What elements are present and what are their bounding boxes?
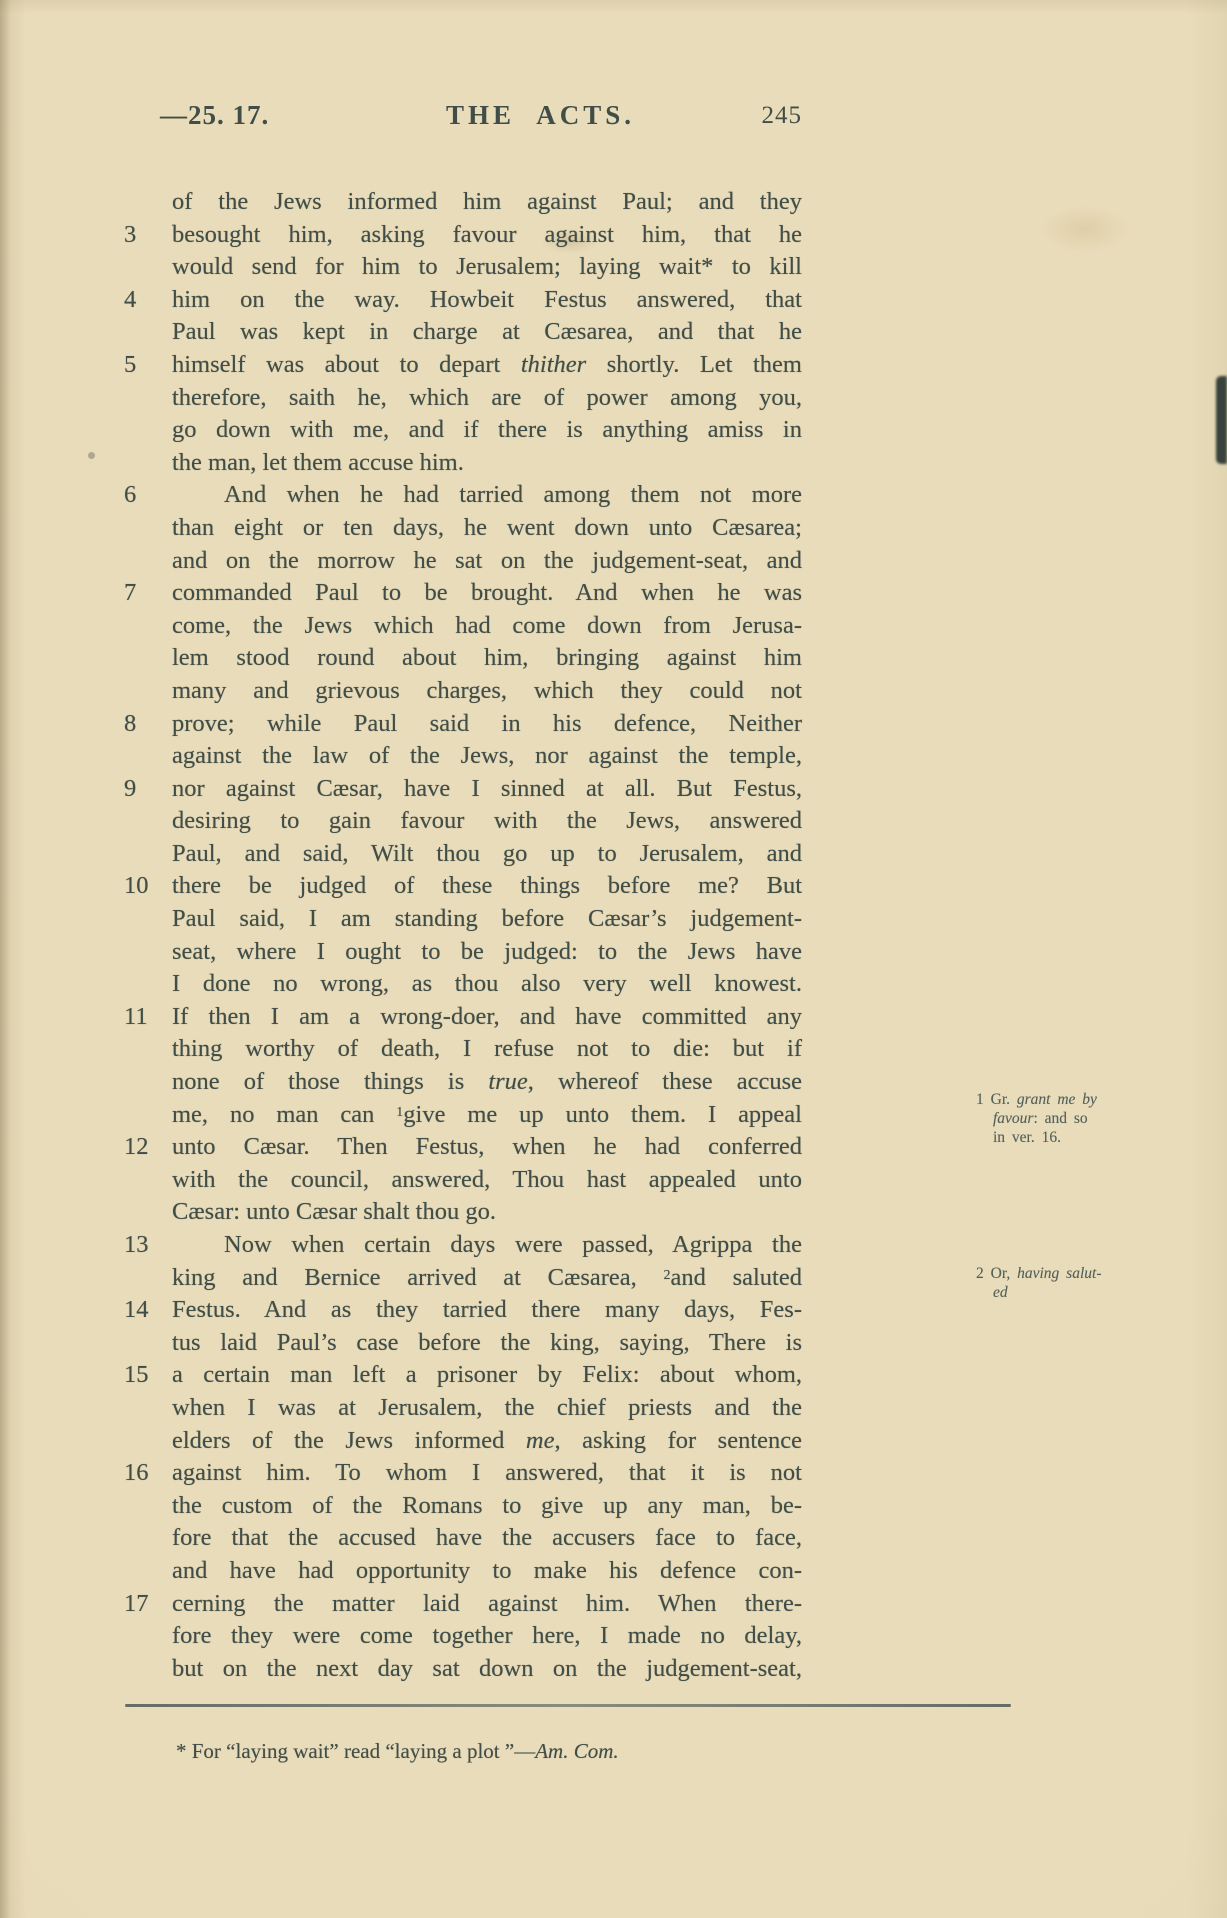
text-line: when I was at Jerusalem, the chief pries… — [124, 1392, 802, 1425]
text-line: 16against him. To whom I answered, that … — [124, 1457, 802, 1490]
text-line: 17cerning the matter laid against him. W… — [124, 1588, 802, 1621]
verse-number — [124, 1099, 172, 1132]
text-line: 5himself was about to depart thither sho… — [124, 349, 802, 382]
text-line: 6And when he had tarried among them not … — [124, 479, 802, 512]
line-text: the man, let them accuse him. — [172, 447, 802, 480]
line-text: Paul, and said, Wilt thou go up to Jerus… — [172, 838, 802, 871]
verse-number — [124, 512, 172, 545]
line-text: himself was about to depart thither shor… — [172, 349, 802, 382]
verse-number — [124, 251, 172, 284]
verse-number: 17 — [124, 1588, 172, 1621]
verse-number — [124, 838, 172, 871]
verse-number — [124, 903, 172, 936]
text-line: Paul, and said, Wilt thou go up to Jerus… — [124, 838, 802, 871]
line-text: Now when certain days were passed, Agrip… — [172, 1229, 802, 1262]
line-text: him on the way. Howbeit Festus answered,… — [172, 284, 802, 317]
verse-number — [124, 740, 172, 773]
line-text: If then I am a wrong-doer, and have comm… — [172, 1001, 802, 1034]
verse-number: 6 — [124, 479, 172, 512]
verse-number — [124, 1033, 172, 1066]
line-text: many and grievous charges, which they co… — [172, 675, 802, 708]
text-line: 7commanded Paul to be brought. And when … — [124, 577, 802, 610]
verse-number — [124, 382, 172, 415]
line-text: there be judged of these things before m… — [172, 870, 802, 903]
verse-number — [124, 1392, 172, 1425]
verse-number — [124, 1164, 172, 1197]
line-text: would send for him to Jerusalem; laying … — [172, 251, 802, 284]
line-text: I done no wrong, as thou also very well … — [172, 968, 802, 1001]
verse-number — [124, 545, 172, 578]
line-text: a certain man left a prisoner by Felix: … — [172, 1359, 802, 1392]
line-text: against the law of the Jews, nor against… — [172, 740, 802, 773]
text-line: 4him on the way. Howbeit Festus answered… — [124, 284, 802, 317]
verse-number — [124, 968, 172, 1001]
line-text: therefore, saith he, which are of power … — [172, 382, 802, 415]
line-text: thing worthy of death, I refuse not to d… — [172, 1033, 802, 1066]
line-text: of the Jews informed him against Paul; a… — [172, 186, 802, 219]
line-text: unto Cæsar. Then Festus, when he had con… — [172, 1131, 802, 1164]
text-line: Cæsar: unto Cæsar shalt thou go. — [124, 1196, 802, 1229]
line-text: Festus. And as they tarried there many d… — [172, 1294, 802, 1327]
line-text: than eight or ten days, he went down unt… — [172, 512, 802, 545]
text-line: desiring to gain favour with the Jews, a… — [124, 805, 802, 838]
line-text: fore they were come together here, I mad… — [172, 1620, 802, 1653]
text-line: Paul was kept in charge at Cæsarea, and … — [124, 316, 802, 349]
verse-number — [124, 447, 172, 480]
page-gutter-shadow — [0, 0, 10, 1918]
line-text: elders of the Jews informed me, asking f… — [172, 1425, 802, 1458]
verse-number — [124, 1425, 172, 1458]
verse-number: 12 — [124, 1131, 172, 1164]
line-text: prove; while Paul said in his defence, N… — [172, 708, 802, 741]
text-line: but on the next day sat down on the judg… — [124, 1653, 802, 1686]
header-verse-ref: —25. 17. — [160, 100, 269, 131]
body-text: of the Jews informed him against Paul; a… — [124, 186, 802, 1685]
line-text: me, no man can 1give me up unto them. I … — [172, 1099, 802, 1132]
text-line: of the Jews informed him against Paul; a… — [124, 186, 802, 219]
verse-number: 9 — [124, 773, 172, 806]
verse-number — [124, 642, 172, 675]
text-line: I done no wrong, as thou also very well … — [124, 968, 802, 1001]
text-line: lem stood round about him, bringing agai… — [124, 642, 802, 675]
text-line: against the law of the Jews, nor against… — [124, 740, 802, 773]
verse-number — [124, 610, 172, 643]
text-line: the man, let them accuse him. — [124, 447, 802, 480]
verse-number — [124, 1066, 172, 1099]
line-text: none of those things is true, whereof th… — [172, 1066, 802, 1099]
text-line: go down with me, and if there is anythin… — [124, 414, 802, 447]
verse-number — [124, 805, 172, 838]
margin-note: 1 Gr. grant me byfavour: and soin ver. 1… — [976, 1090, 1166, 1147]
text-line: seat, where I ought to be judged: to the… — [124, 936, 802, 969]
footnote-rule — [125, 1704, 1011, 1707]
verse-number — [124, 1262, 172, 1295]
verse-number — [124, 1653, 172, 1686]
verse-number: 13 — [124, 1229, 172, 1262]
verse-number — [124, 186, 172, 219]
ink-smudge — [1216, 376, 1227, 464]
line-text: against him. To whom I answered, that it… — [172, 1457, 802, 1490]
line-text: and have had opportunity to make his def… — [172, 1555, 802, 1588]
text-line: with the council, answered, Thou hast ap… — [124, 1164, 802, 1197]
line-text: besought him, asking favour against him,… — [172, 219, 802, 252]
text-line: the custom of the Romans to give up any … — [124, 1490, 802, 1523]
text-line: than eight or ten days, he went down unt… — [124, 512, 802, 545]
text-line: therefore, saith he, which are of power … — [124, 382, 802, 415]
text-line: 15a certain man left a prisoner by Felix… — [124, 1359, 802, 1392]
verse-number — [124, 316, 172, 349]
verse-number: 10 — [124, 870, 172, 903]
margin-note: 2 Or, having salut-ed — [976, 1264, 1166, 1302]
text-line: would send for him to Jerusalem; laying … — [124, 251, 802, 284]
verse-number: 5 — [124, 349, 172, 382]
text-line: 10there be judged of these things before… — [124, 870, 802, 903]
line-text: but on the next day sat down on the judg… — [172, 1653, 802, 1686]
verse-number: 7 — [124, 577, 172, 610]
verse-number — [124, 1490, 172, 1523]
book-page: —25. 17. THE ACTS. 245 of the Jews infor… — [0, 0, 1227, 1918]
text-line: 8prove; while Paul said in his defence, … — [124, 708, 802, 741]
line-text: nor against Cæsar, have I sinned at all.… — [172, 773, 802, 806]
text-line: many and grievous charges, which they co… — [124, 675, 802, 708]
text-line: fore that the accused have the accusers … — [124, 1522, 802, 1555]
header-title: THE ACTS. — [446, 100, 635, 131]
header-page-number: 245 — [762, 102, 803, 130]
line-text: And when he had tarried among them not m… — [172, 479, 802, 512]
paper-fleck — [88, 452, 95, 459]
text-line: thing worthy of death, I refuse not to d… — [124, 1033, 802, 1066]
line-text: Paul was kept in charge at Cæsarea, and … — [172, 316, 802, 349]
text-line: 12unto Cæsar. Then Festus, when he had c… — [124, 1131, 802, 1164]
verse-number: 4 — [124, 284, 172, 317]
verse-number: 15 — [124, 1359, 172, 1392]
text-line: 11If then I am a wrong-doer, and have co… — [124, 1001, 802, 1034]
line-text: cerning the matter laid against him. Whe… — [172, 1588, 802, 1621]
verse-number — [124, 1196, 172, 1229]
line-text: go down with me, and if there is anythin… — [172, 414, 802, 447]
verse-number — [124, 1327, 172, 1360]
verse-number: 16 — [124, 1457, 172, 1490]
verse-number — [124, 675, 172, 708]
line-text: lem stood round about him, bringing agai… — [172, 642, 802, 675]
text-line: fore they were come together here, I mad… — [124, 1620, 802, 1653]
text-line: tus laid Paul’s case before the king, sa… — [124, 1327, 802, 1360]
text-line: 14Festus. And as they tarried there many… — [124, 1294, 802, 1327]
page-header: —25. 17. THE ACTS. 245 — [124, 100, 802, 142]
line-text: desiring to gain favour with the Jews, a… — [172, 805, 802, 838]
text-line: me, no man can 1give me up unto them. I … — [124, 1099, 802, 1132]
line-text: Cæsar: unto Cæsar shalt thou go. — [172, 1196, 802, 1229]
verse-number: 3 — [124, 219, 172, 252]
text-line: 9nor against Cæsar, have I sinned at all… — [124, 773, 802, 806]
line-text: Paul said, I am standing before Cæsar’s … — [172, 903, 802, 936]
line-text: commanded Paul to be brought. And when h… — [172, 577, 802, 610]
verse-number — [124, 936, 172, 969]
text-line: Paul said, I am standing before Cæsar’s … — [124, 903, 802, 936]
margin-notes: 1 Gr. grant me byfavour: and soin ver. 1… — [976, 0, 1166, 1918]
text-line: king and Bernice arrived at Cæsarea, 2an… — [124, 1262, 802, 1295]
text-line: 3besought him, asking favour against him… — [124, 219, 802, 252]
verse-number: 14 — [124, 1294, 172, 1327]
verse-number — [124, 1620, 172, 1653]
line-text: the custom of the Romans to give up any … — [172, 1490, 802, 1523]
verse-number: 11 — [124, 1001, 172, 1034]
text-line: 13Now when certain days were passed, Agr… — [124, 1229, 802, 1262]
line-text: with the council, answered, Thou hast ap… — [172, 1164, 802, 1197]
line-text: seat, where I ought to be judged: to the… — [172, 936, 802, 969]
line-text: and on the morrow he sat on the judgemen… — [172, 545, 802, 578]
line-text: king and Bernice arrived at Cæsarea, 2an… — [172, 1262, 802, 1295]
verse-number — [124, 1555, 172, 1588]
line-text: fore that the accused have the accusers … — [172, 1522, 802, 1555]
text-line: and have had opportunity to make his def… — [124, 1555, 802, 1588]
verse-number — [124, 414, 172, 447]
verse-number: 8 — [124, 708, 172, 741]
footnote: * For “laying wait” read “laying a plot … — [176, 1738, 936, 1764]
line-text: come, the Jews which had come down from … — [172, 610, 802, 643]
line-text: tus laid Paul’s case before the king, sa… — [172, 1327, 802, 1360]
text-line: and on the morrow he sat on the judgemen… — [124, 545, 802, 578]
verse-number — [124, 1522, 172, 1555]
text-line: elders of the Jews informed me, asking f… — [124, 1425, 802, 1458]
text-line: none of those things is true, whereof th… — [124, 1066, 802, 1099]
line-text: when I was at Jerusalem, the chief pries… — [172, 1392, 802, 1425]
text-line: come, the Jews which had come down from … — [124, 610, 802, 643]
